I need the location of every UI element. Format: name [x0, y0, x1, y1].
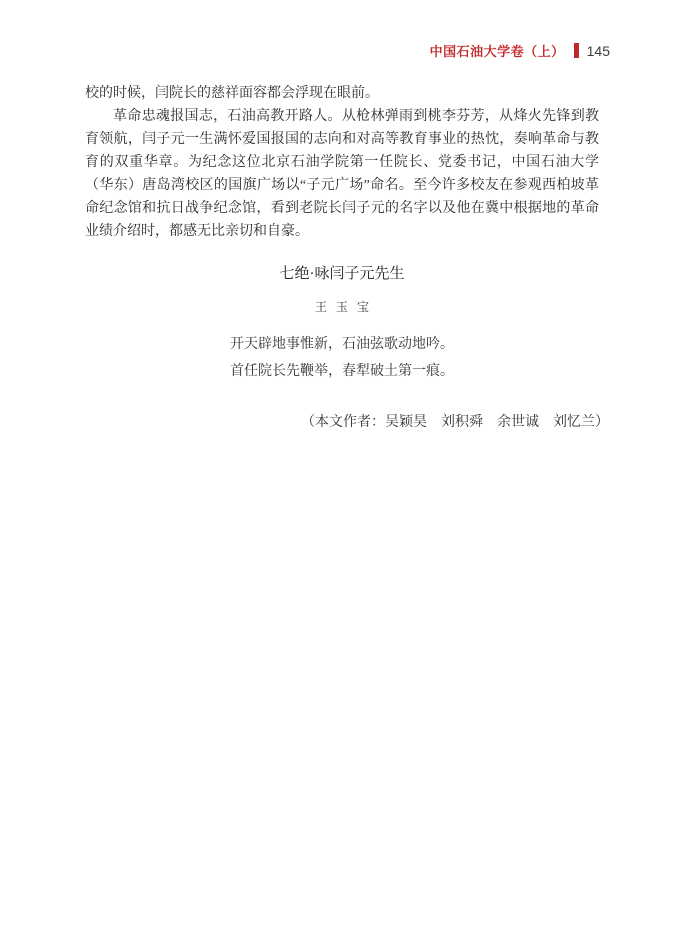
page-number: 145 — [587, 43, 610, 59]
poem-section: 七绝·咏闫子元先生 王玉宝 开天辟地事惟新，石油弦歌动地吟。 首任院长先鞭举，春… — [85, 264, 599, 385]
article-body: 校的时候，闫院长的慈祥面容都会浮现在眼前。 革命忠魂报国志，石油高教开路人。从枪… — [85, 82, 599, 243]
poem-line-2: 首任院长先鞭举，春犁破土第一痕。 — [85, 358, 599, 385]
document-page: 中国石油大学卷（上） 145 校的时候，闫院长的慈祥面容都会浮现在眼前。 革命忠… — [0, 0, 680, 945]
paragraph-continuation: 校的时候，闫院长的慈祥面容都会浮现在眼前。 — [85, 82, 599, 105]
paragraph: 革命忠魂报国志，石油高教开路人。从枪林弹雨到桃李芬芳，从烽火先锋到教育领航，闫子… — [85, 105, 599, 243]
page-header: 中国石油大学卷（上） 145 — [430, 41, 610, 60]
author-attribution: （本文作者：吴颖昊 刘积舜 余世诚 刘忆兰） — [301, 413, 609, 433]
poem-line-1: 开天辟地事惟新，石油弦歌动地吟。 — [85, 331, 599, 358]
header-book-title: 中国石油大学卷（上） — [430, 41, 565, 60]
header-divider-bar — [574, 43, 579, 58]
poem-title: 七绝·咏闫子元先生 — [85, 264, 599, 284]
poem-author: 王玉宝 — [85, 299, 599, 315]
